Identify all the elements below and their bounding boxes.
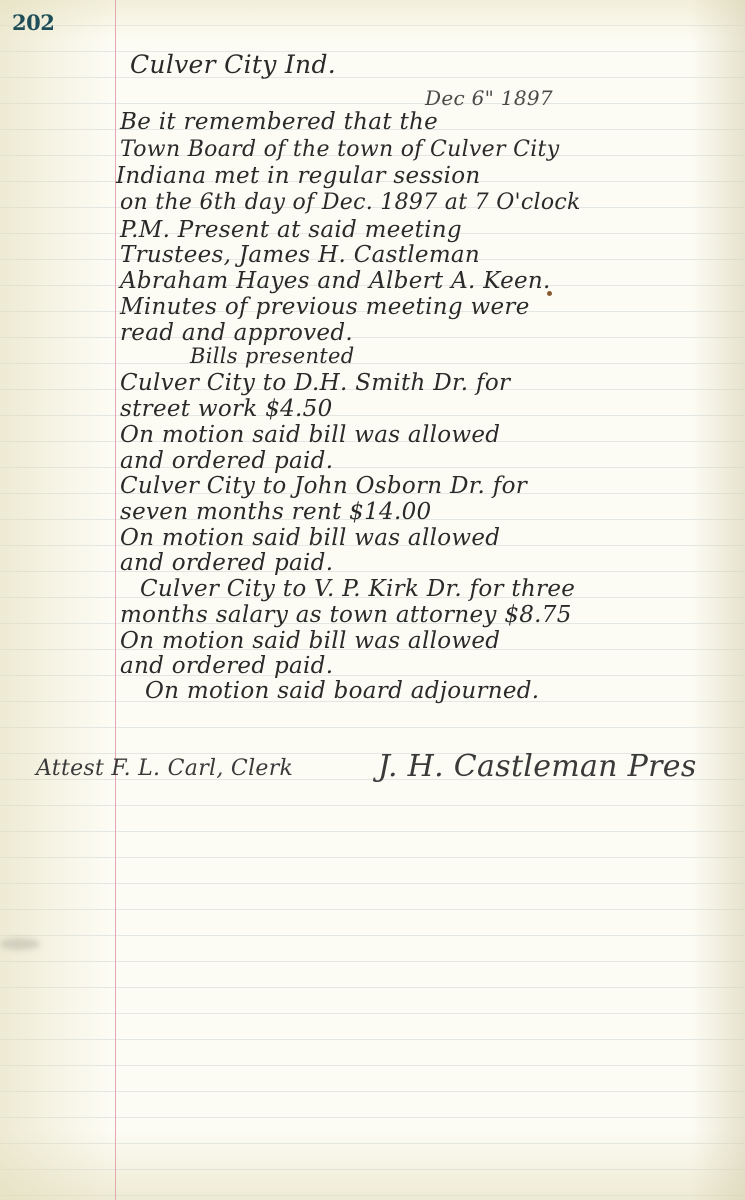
minute-line: Town Board of the town of Culver City — [120, 139, 559, 161]
minute-line: Indiana met in regular session — [116, 165, 481, 188]
president-signature: J. H. Castleman Pres — [378, 752, 697, 782]
minute-line: and ordered paid. — [120, 655, 333, 678]
minute-line: On motion said bill was allowed — [120, 527, 500, 550]
minute-line: months salary as town attorney $8.75 — [120, 604, 572, 627]
minute-line: street work $4.50 — [120, 398, 333, 421]
page-number: 202 — [12, 10, 54, 35]
minute-line: and ordered paid. — [120, 552, 333, 575]
minute-line: On motion said bill was allowed — [120, 630, 500, 653]
heading-place: Culver City Ind. — [130, 52, 336, 77]
minute-line: Be it remembered that the — [120, 111, 438, 134]
minute-line: Minutes of previous meeting were — [120, 296, 530, 319]
minute-line: read and approved. — [120, 322, 353, 345]
minute-line: On motion said bill was allowed — [120, 424, 500, 447]
minute-line: On motion said board adjourned. — [145, 680, 539, 703]
minute-line: Culver City to V. P. Kirk Dr. for three — [140, 578, 575, 601]
minute-line: Bills presented — [190, 346, 354, 367]
paper-smudge — [0, 938, 40, 950]
attest-signature: Attest F. L. Carl, Clerk — [36, 758, 293, 780]
ink-blot — [547, 291, 552, 296]
minute-line: Trustees, James H. Castleman — [120, 244, 480, 267]
minute-line: Abraham Hayes and Albert A. Keen. — [120, 270, 551, 293]
minute-line: Culver City to John Osborn Dr. for — [120, 475, 527, 498]
minute-line: P.M. Present at said meeting — [120, 219, 462, 242]
minute-line: and ordered paid. — [120, 450, 333, 473]
minute-line: Culver City to D.H. Smith Dr. for — [120, 372, 510, 395]
minute-line: on the 6th day of Dec. 1897 at 7 O'clock — [120, 192, 581, 214]
minute-line: seven months rent $14.00 — [120, 501, 431, 524]
entry-date: Dec 6" 1897 — [425, 88, 553, 108]
